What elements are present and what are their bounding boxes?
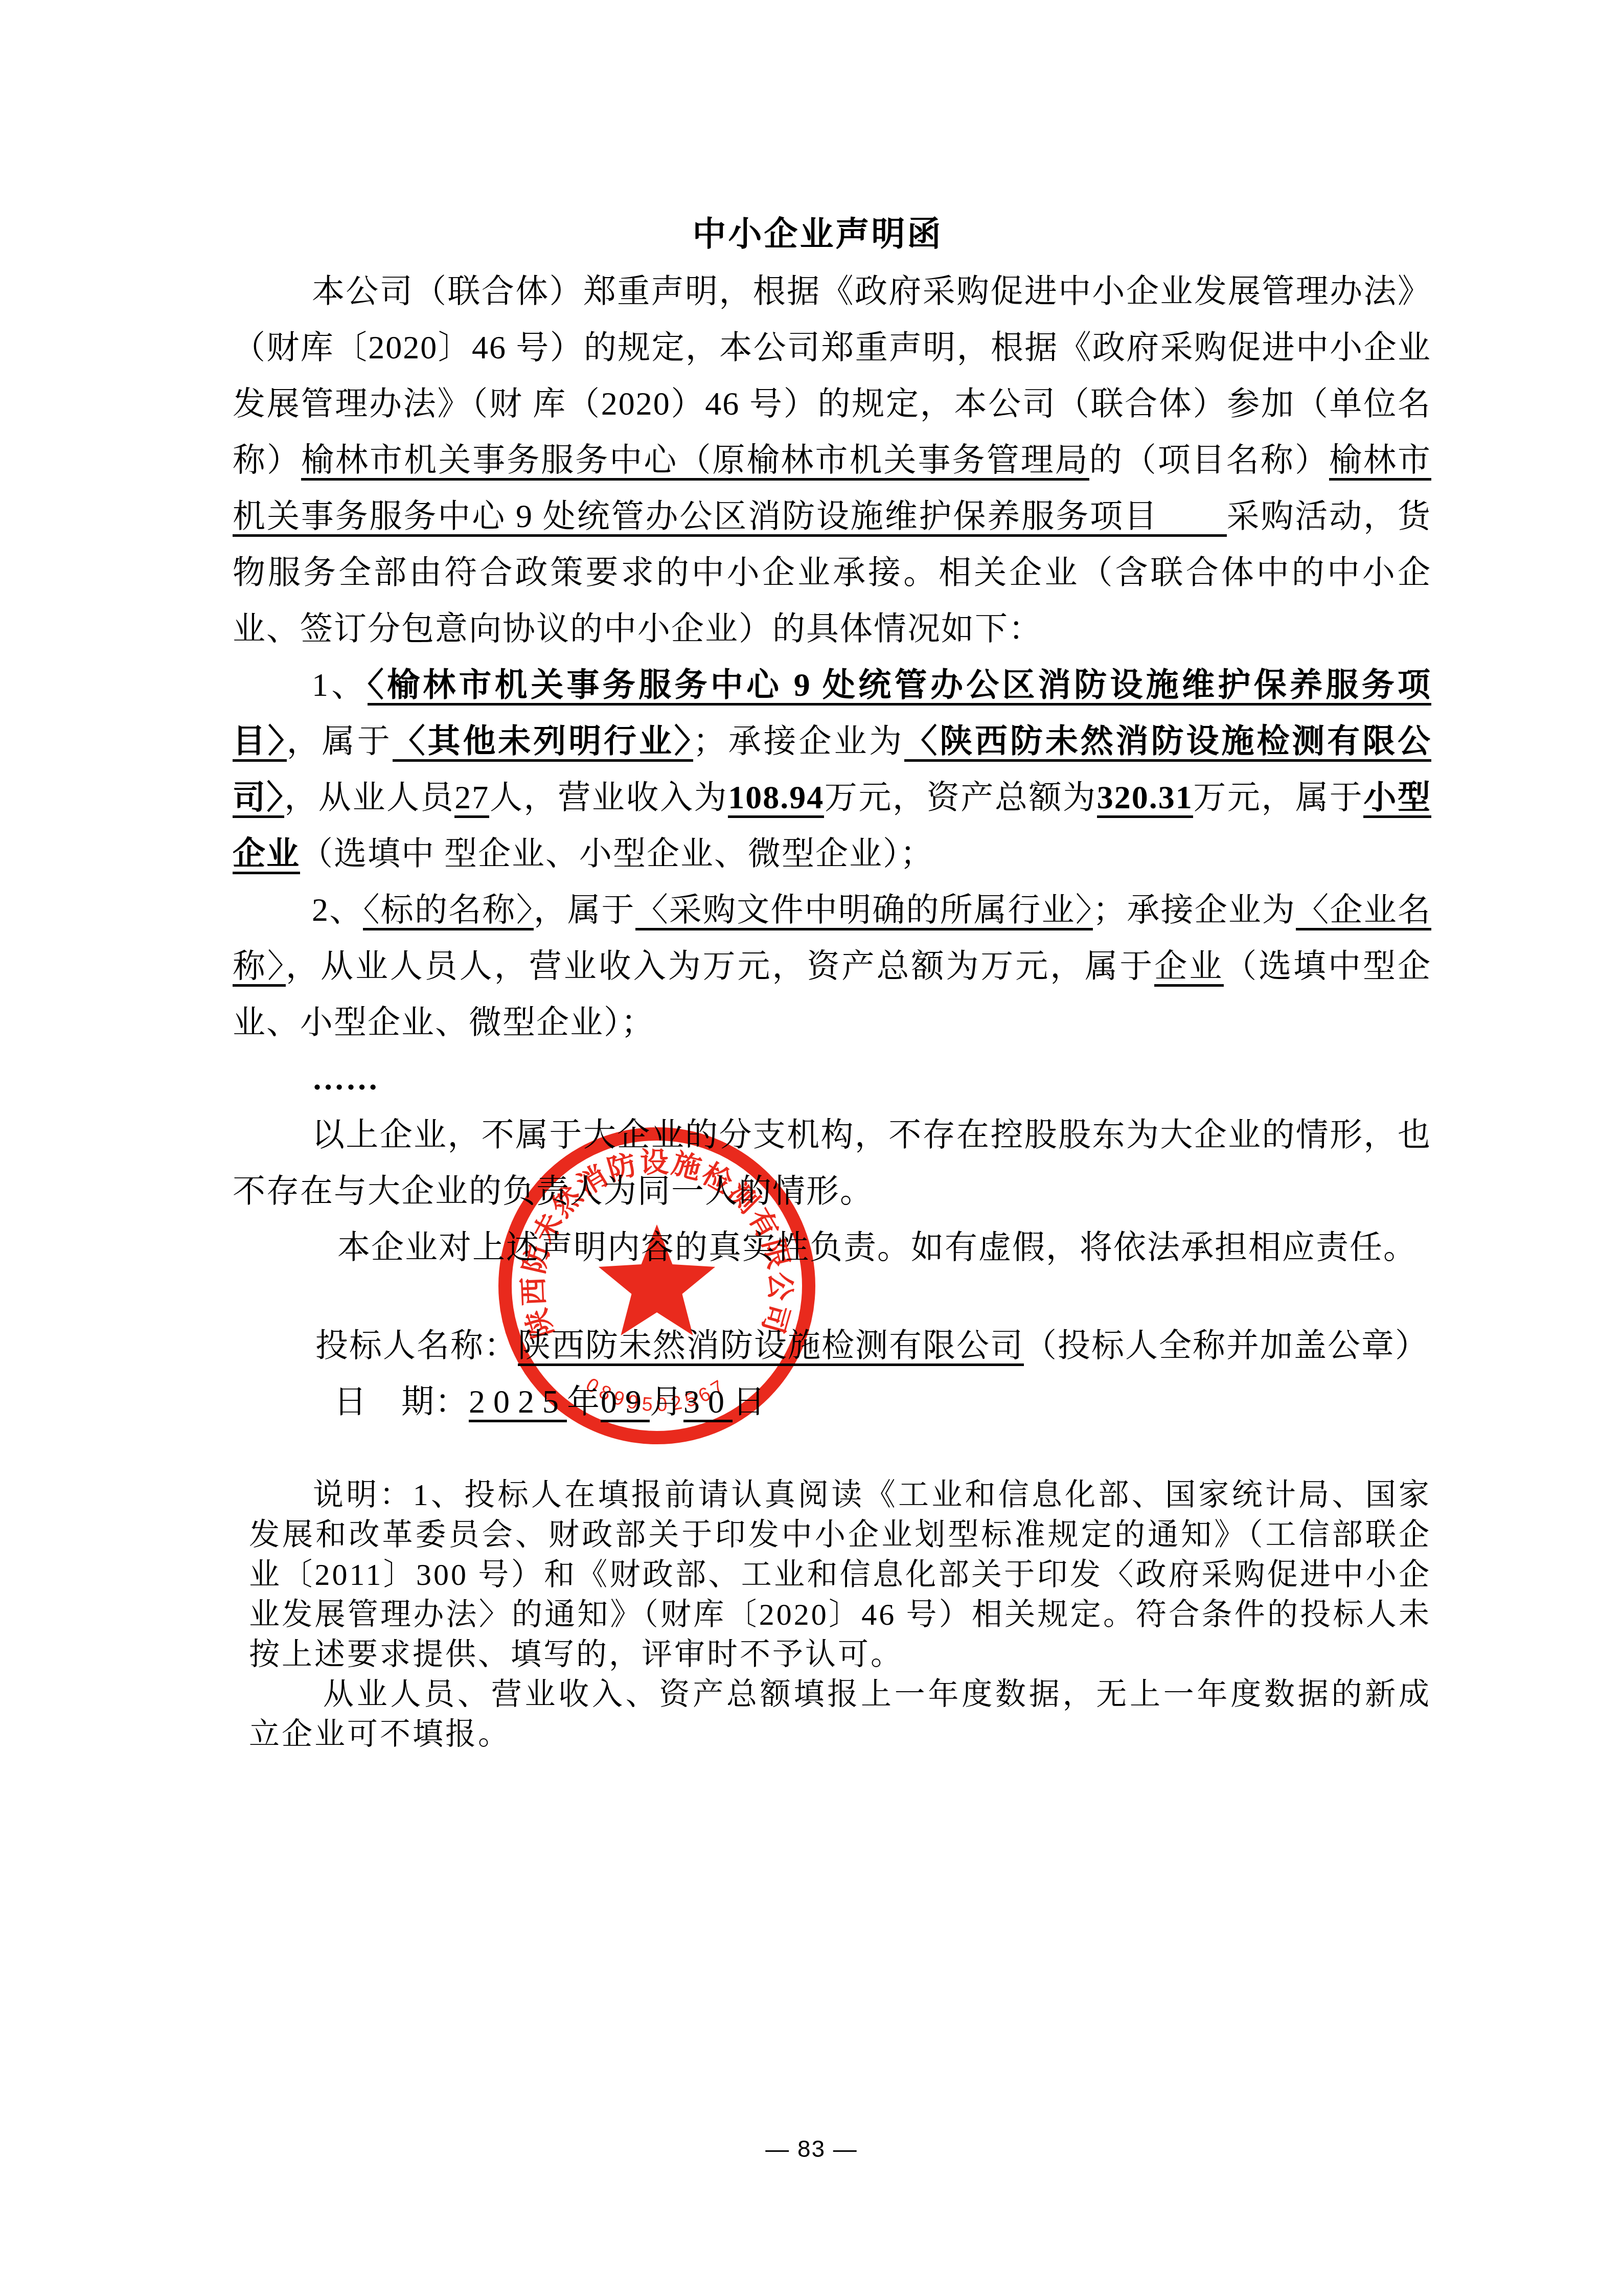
item-2: 2、〈标的名称〉，属于〈采购文件中明确的所属行业〉；承接企业为〈企业名称〉，从业… bbox=[233, 882, 1431, 1051]
item-2-text-2: ；承接企业为 bbox=[1093, 892, 1296, 928]
item-1-text-6: 万元，属于 bbox=[1193, 779, 1364, 815]
date-line: 日 期：2025年09月30日 bbox=[233, 1374, 1431, 1430]
note-2: 从业人员、营业收入、资产总额填报上一年度数据，无上一年度数据的新成立企业可不填报… bbox=[249, 1674, 1431, 1754]
item-2-text: ，属于 bbox=[534, 892, 635, 928]
note-1: 说明：1、投标人在填报前请认真阅读《工业和信息化部、国家统计局、国家发展和改革委… bbox=[249, 1475, 1431, 1674]
item-1-text-7: （选填中 型企业、小型企业、微型企业）； bbox=[300, 835, 934, 872]
notes: 说明：1、投标人在填报前请认真阅读《工业和信息化部、国家统计局、国家发展和改革委… bbox=[249, 1475, 1431, 1754]
ellipsis-line: …… bbox=[233, 1051, 1431, 1107]
para-no-branch: 以上企业，不属于大企业的分支机构，不存在控股股东为大企业的情形，也不存在与大企业… bbox=[233, 1107, 1431, 1219]
document-content: 中小企业声明函 本公司（联合体）郑重声明，根据《政府采购促进中小企业发展管理办法… bbox=[0, 0, 1623, 1754]
item-2-industry-underlined: 〈采购文件中明确的所属行业〉 bbox=[635, 892, 1093, 930]
item-1-text: ，属于 bbox=[287, 723, 393, 759]
date-month-underlined: 09 bbox=[601, 1383, 650, 1422]
item-2-number: 2、 bbox=[312, 892, 363, 928]
date-day-unit: 日 bbox=[733, 1383, 766, 1420]
bidder-company-underlined: 陕西防未然消防设施检测有限公司 bbox=[518, 1327, 1024, 1366]
item-2-text-3: ，从业人员人，营业收入为万元，资产总额为万元，属于 bbox=[286, 948, 1154, 984]
item-1-industry-underlined: 〈其他未列明行业〉 bbox=[393, 723, 693, 762]
date-label: 日 期： bbox=[334, 1383, 469, 1420]
item-1-assets-underlined: 320.31 bbox=[1097, 779, 1193, 818]
item-2-subject-underlined: 〈标的名称〉 bbox=[363, 892, 533, 930]
para-intro: 本公司（联合体）郑重声明，根据《政府采购促进中小企业发展管理办法》（财库〔202… bbox=[233, 263, 1431, 657]
purchaser-name-underlined: 榆林市机关事务服务中心（原榆林市机关事务管理局 bbox=[301, 442, 1089, 481]
item-2-size-underlined: 企业 bbox=[1154, 948, 1224, 987]
item-1-number: 1、 bbox=[312, 667, 368, 703]
intro-text-2: 的（项目名称） bbox=[1089, 442, 1329, 478]
date-day-underlined: 30 bbox=[683, 1383, 733, 1422]
para-responsibility: 本企业对上述声明内容的真实性负责。如有虚假，将依法承担相应责任。 bbox=[233, 1219, 1431, 1276]
page-number: — 83 — bbox=[0, 2135, 1623, 2163]
date-year-unit: 年 bbox=[567, 1383, 601, 1420]
document-page: 中小企业声明函 本公司（联合体）郑重声明，根据《政府采购促进中小企业发展管理办法… bbox=[0, 0, 1623, 2296]
date-year-underlined: 2025 bbox=[469, 1383, 567, 1422]
signature-suffix: （投标人全称并加盖公章） bbox=[1024, 1327, 1429, 1363]
bidder-name-label: 投标人名称： bbox=[315, 1327, 518, 1363]
item-1-employees-underlined: 27 bbox=[454, 779, 489, 818]
item-1-text-2: ；承接企业为 bbox=[693, 723, 904, 759]
item-1-text-4: 人，营业收入为 bbox=[489, 779, 728, 815]
page-title: 中小企业声明函 bbox=[204, 204, 1431, 263]
item-1-text-3: ，从业人员 bbox=[284, 779, 454, 815]
blank-underline bbox=[1158, 498, 1227, 537]
item-1-text-5: 万元，资产总额为 bbox=[824, 779, 1097, 815]
item-1-revenue-underlined: 108.94 bbox=[728, 779, 824, 818]
item-1: 1、〈榆林市机关事务服务中心 9 处统管办公区消防设施维护保养服务项目〉，属于〈… bbox=[233, 657, 1431, 882]
date-month-unit: 月 bbox=[650, 1383, 683, 1420]
signature-line: 投标人名称：陕西防未然消防设施检测有限公司（投标人全称并加盖公章） bbox=[233, 1317, 1431, 1374]
